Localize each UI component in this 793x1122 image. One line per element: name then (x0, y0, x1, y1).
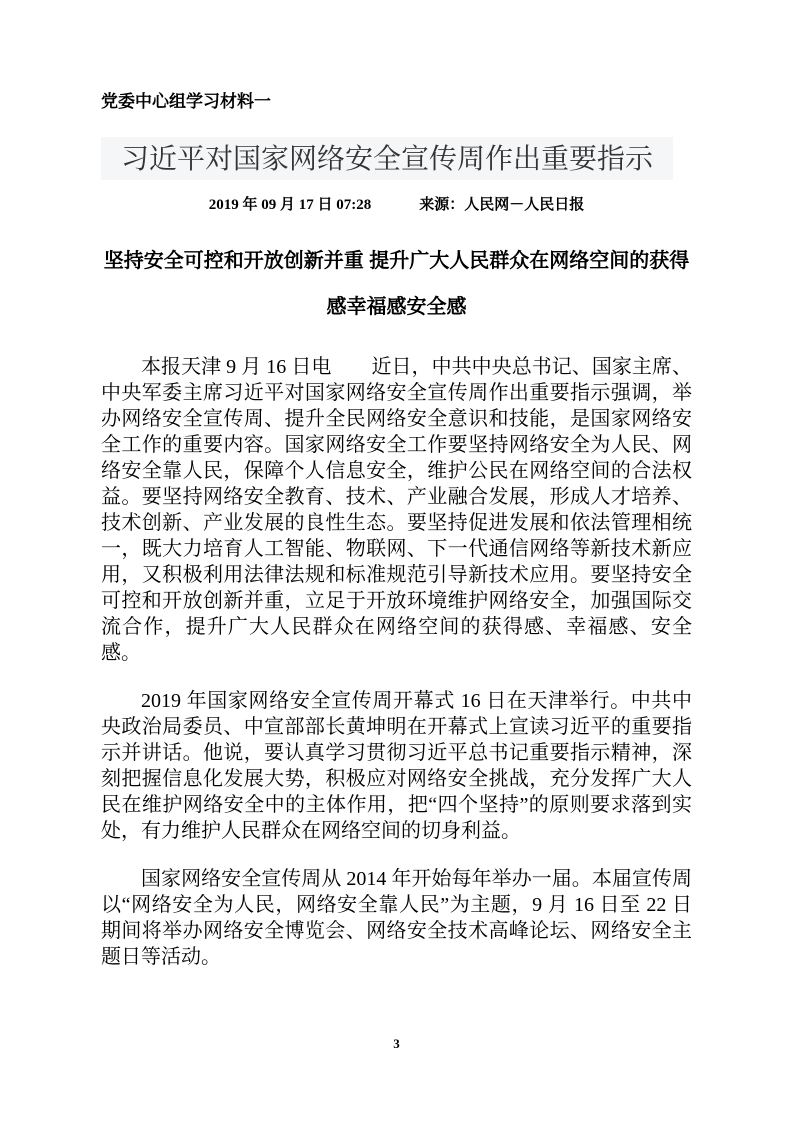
paragraph-3: 国家网络安全宣传周从 2014 年开始每年举办一届。本届宣传周以“网络安全为人民… (101, 866, 692, 970)
article-meta: 2019 年 09 月 17 日 07:28 来源：人民网－人民日报 (101, 192, 692, 214)
publish-datetime: 2019 年 09 月 17 日 07:28 (209, 193, 372, 214)
article-title: 习近平对国家网络安全宣传周作出重要指示 (121, 145, 653, 173)
article-title-band: 习近平对国家网络安全宣传周作出重要指示 (101, 137, 673, 180)
paragraph-1: 本报天津 9 月 16 日电 近日，中共中央总书记、国家主席、中央军委主席习近平… (101, 354, 692, 666)
doc-label: 党委中心组学习材料一 (101, 92, 692, 112)
article-subtitle: 坚持安全可控和开放创新并重 提升广大人民群众在网络空间的获得感幸福感安全感 (101, 238, 692, 330)
paragraph-2: 2019 年国家网络安全宣传周开幕式 16 日在天津举行。中共中央政治局委员、中… (101, 688, 692, 844)
article-body: 本报天津 9 月 16 日电 近日，中共中央总书记、国家主席、中央军委主席习近平… (101, 354, 692, 970)
page-content: 党委中心组学习材料一 习近平对国家网络安全宣传周作出重要指示 2019 年 09… (0, 0, 793, 970)
document-page: 党委中心组学习材料一 习近平对国家网络安全宣传周作出重要指示 2019 年 09… (0, 0, 793, 1122)
page-number: 3 (0, 1036, 793, 1052)
article-source: 来源：人民网－人民日报 (419, 193, 584, 214)
